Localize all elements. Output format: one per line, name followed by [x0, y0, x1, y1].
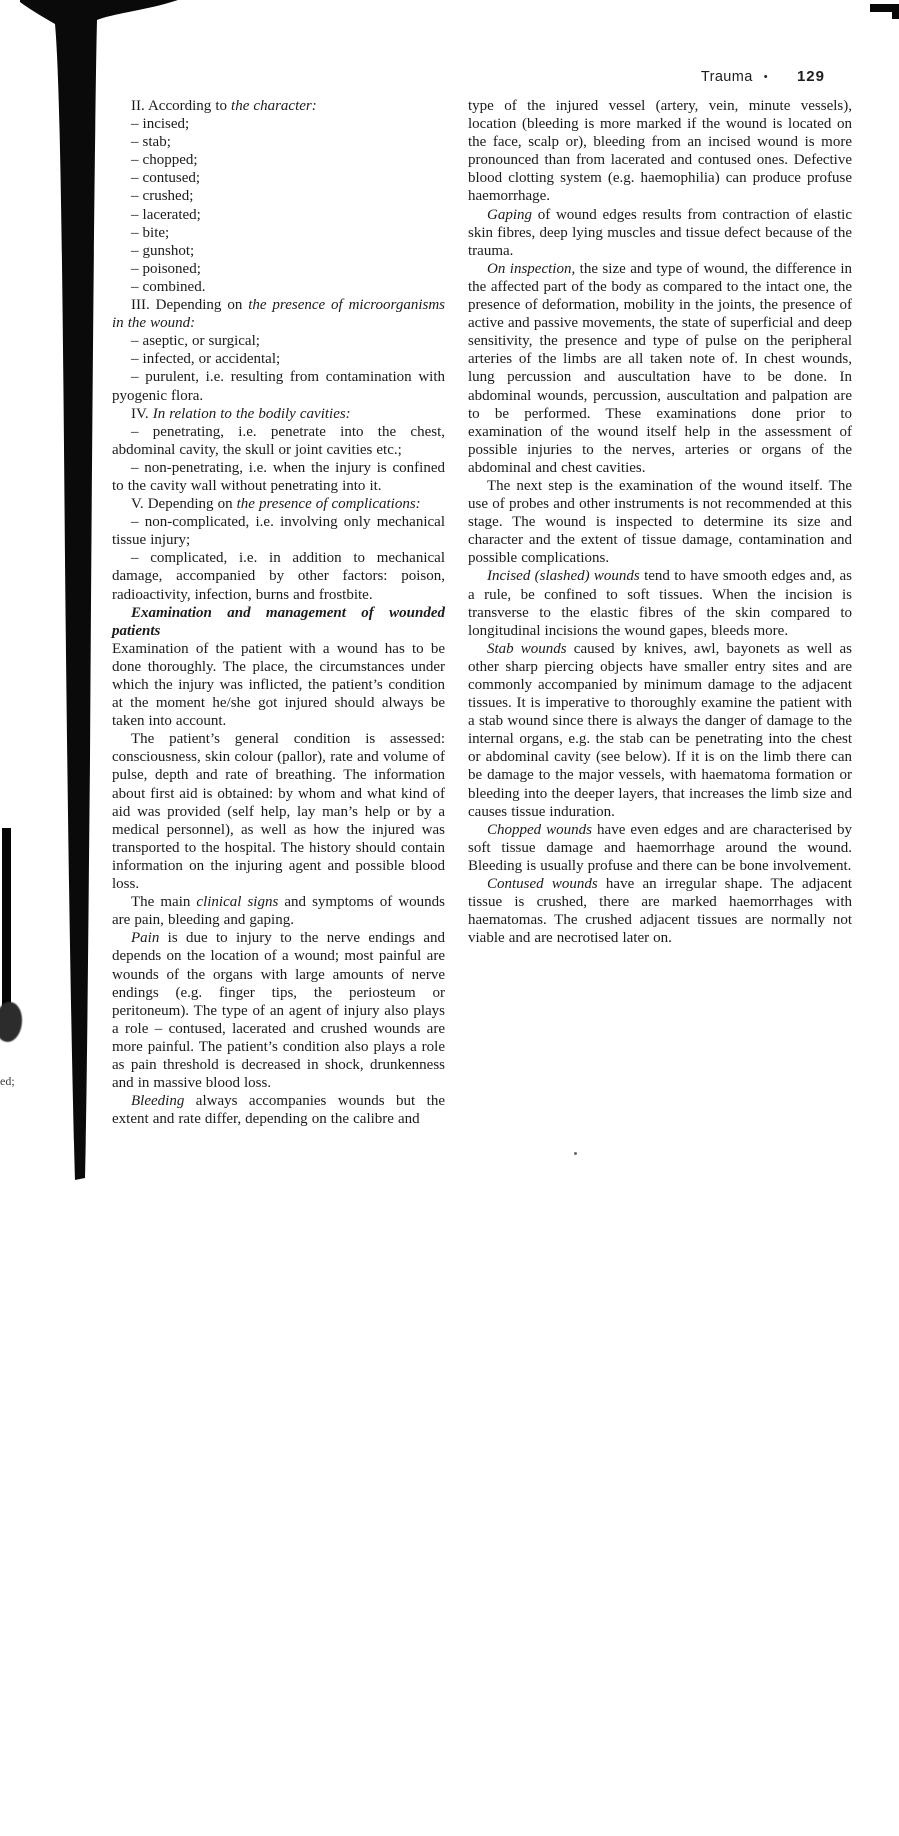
- binding-shadow-artifact: [0, 0, 200, 1200]
- text-run: Chopped wounds: [487, 822, 592, 838]
- page-number: 129: [797, 68, 825, 85]
- bullet-separator: •: [764, 71, 768, 83]
- paragraph: Stab wounds caused by knives, awl, bayon…: [468, 640, 852, 821]
- paragraph: type of the injured vessel (artery, vein…: [468, 97, 852, 206]
- ink-speck-artifact: [574, 1152, 577, 1155]
- text-run: , the size and type of wound, the differ…: [468, 261, 852, 476]
- scanned-book-page: Trauma • 129 II. According to the charac…: [0, 0, 899, 1836]
- text-run: clinical signs: [196, 894, 278, 910]
- paragraph: Gaping of wound edges results from contr…: [468, 206, 852, 260]
- text-run: Gaping: [487, 207, 532, 223]
- text-run: Incised (slashed) wounds: [487, 568, 640, 584]
- paragraph: The next step is the examination of the …: [468, 477, 852, 567]
- text-run: caused by knives, awl, bayonets as well …: [468, 641, 852, 820]
- running-head: Trauma • 129: [701, 68, 825, 85]
- text-run: The next step is the examination of the …: [468, 478, 852, 566]
- text-run: On inspection: [487, 261, 571, 277]
- text-run: the character:: [231, 98, 317, 114]
- paragraph: Chopped wounds have even edges and are c…: [468, 821, 852, 875]
- text-run: the presence of complications:: [237, 496, 421, 512]
- page-edge-bar-artifact: [2, 828, 11, 1024]
- cut-text-fragment: ed;: [0, 1074, 16, 1089]
- right-text-column: type of the injured vessel (artery, vein…: [468, 97, 852, 947]
- text-run: Contused wounds: [487, 876, 598, 892]
- text-run: type of the injured vessel (artery, vein…: [468, 98, 852, 204]
- paragraph: Incised (slashed) wounds tend to have sm…: [468, 567, 852, 639]
- corner-mark-nub-artifact: [892, 11, 899, 19]
- text-run: Stab wounds: [487, 641, 567, 657]
- paragraph: Contused wounds have an irregular shape.…: [468, 875, 852, 947]
- paragraph: On inspection, the size and type of woun…: [468, 260, 852, 477]
- section-title: Trauma: [701, 69, 753, 85]
